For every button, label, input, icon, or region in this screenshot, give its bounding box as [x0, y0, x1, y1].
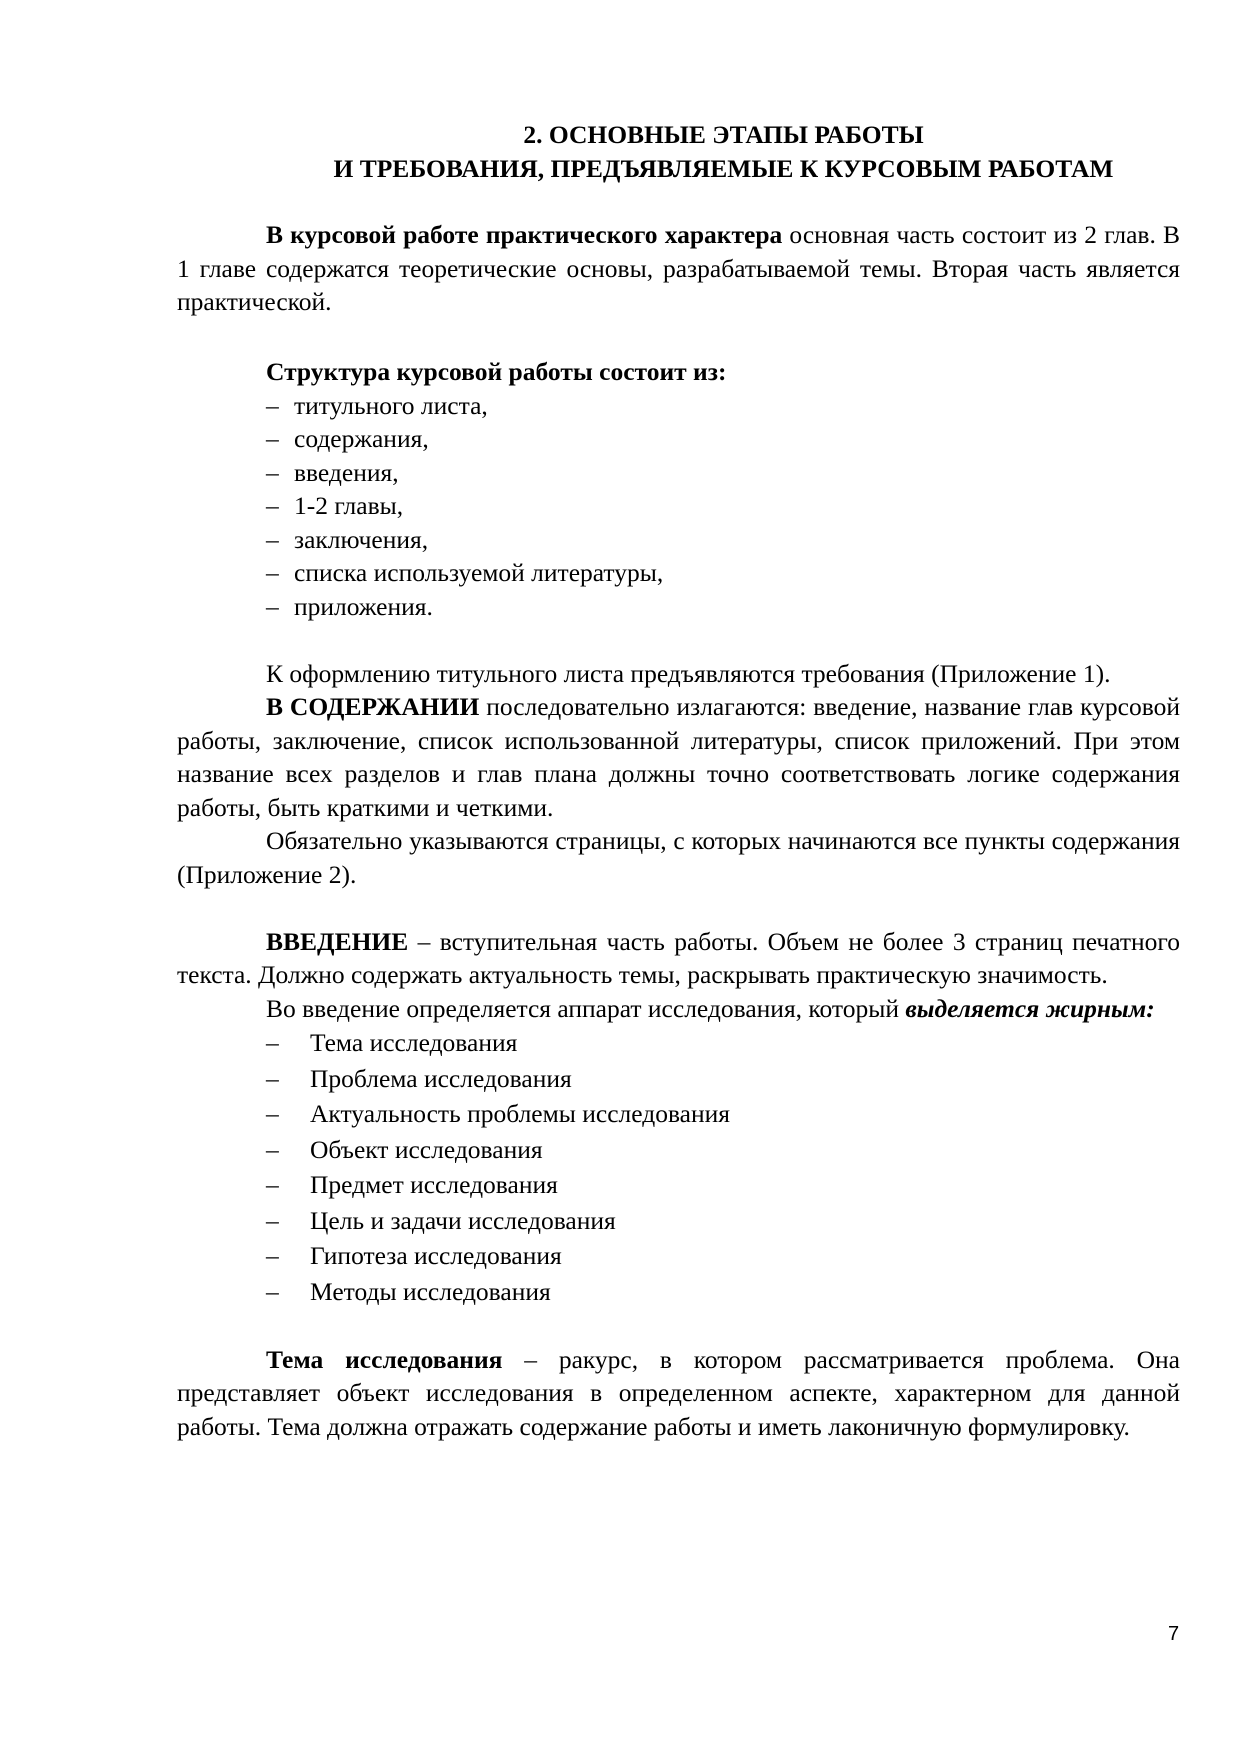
list-item: –Проблема исследования [177, 1061, 1180, 1097]
list-item: –приложения. [177, 590, 1180, 624]
section-heading: 2. ОСНОВНЫЕ ЭТАПЫ РАБОТЫ И ТРЕБОВАНИЯ, П… [177, 118, 1180, 185]
heading-line-1: 2. ОСНОВНЫЕ ЭТАПЫ РАБОТЫ [267, 118, 1180, 152]
list-item: –титульного листа, [177, 389, 1180, 423]
contents-paragraph: В СОДЕРЖАНИИ последовательно излагаются:… [177, 690, 1180, 824]
intro-paragraph: В курсовой работе практического характер… [177, 218, 1180, 319]
list-item: –Методы исследования [177, 1274, 1180, 1310]
list-item: –заключения, [177, 523, 1180, 557]
introduction-bold: ВВЕДЕНИЕ [266, 927, 408, 956]
dash-bullet: – [266, 1132, 279, 1168]
dash-bullet: – [266, 389, 279, 423]
list-item: –введения, [177, 456, 1180, 490]
dash-bullet: – [266, 1096, 279, 1132]
document-page: 2. ОСНОВНЫЕ ЭТАПЫ РАБОТЫ И ТРЕБОВАНИЯ, П… [177, 118, 1180, 1443]
structure-title: Структура курсовой работы состоит из: [177, 355, 1180, 389]
dash-bullet: – [266, 590, 279, 624]
dash-bullet: – [266, 422, 279, 456]
dash-bullet: – [266, 1238, 279, 1274]
introduction-paragraph: ВВЕДЕНИЕ – вступительная часть работы. О… [177, 925, 1180, 992]
dash-bullet: – [266, 1274, 279, 1310]
dash-bullet: – [266, 489, 279, 523]
dash-bullet: – [266, 523, 279, 557]
dash-bullet: – [266, 1167, 279, 1203]
contents-pages-paragraph: Обязательно указываются страницы, с кото… [177, 824, 1180, 891]
apparatus-list: –Тема исследования –Проблема исследовани… [177, 1025, 1180, 1309]
topic-bold: Тема исследования [266, 1345, 502, 1374]
dash-bullet: – [266, 456, 279, 490]
list-item: –Гипотеза исследования [177, 1238, 1180, 1274]
structure-list: –титульного листа, –содержания, –введени… [177, 389, 1180, 624]
title-page-paragraph: К оформлению титульного листа предъявляю… [177, 657, 1180, 691]
dash-bullet: – [266, 1203, 279, 1239]
dash-bullet: – [266, 556, 279, 590]
list-item: –Предмет исследования [177, 1167, 1180, 1203]
intro-bold: В курсовой работе практического характер… [266, 220, 782, 249]
list-item: –списка используемой литературы, [177, 556, 1180, 590]
list-item: –Тема исследования [177, 1025, 1180, 1061]
list-item: –содержания, [177, 422, 1180, 456]
apparatus-emphasis: выделяется жирным: [905, 994, 1154, 1023]
dash-bullet: – [266, 1061, 279, 1097]
heading-line-2: И ТРЕБОВАНИЯ, ПРЕДЪЯВЛЯЕМЫЕ К КУРСОВЫМ Р… [267, 152, 1180, 186]
structure-title-text: Структура курсовой работы состоит из: [266, 357, 726, 386]
list-item: –Объект исследования [177, 1132, 1180, 1168]
list-item: –Цель и задачи исследования [177, 1203, 1180, 1239]
page-number: 7 [1168, 1623, 1179, 1646]
dash-bullet: – [266, 1025, 279, 1061]
list-item: –1-2 главы, [177, 489, 1180, 523]
contents-bold: В СОДЕРЖАНИИ [266, 692, 479, 721]
apparatus-paragraph: Во введение определяется аппарат исследо… [177, 992, 1180, 1026]
topic-paragraph: Тема исследования – ракурс, в котором ра… [177, 1343, 1180, 1444]
list-item: –Актуальность проблемы исследования [177, 1096, 1180, 1132]
